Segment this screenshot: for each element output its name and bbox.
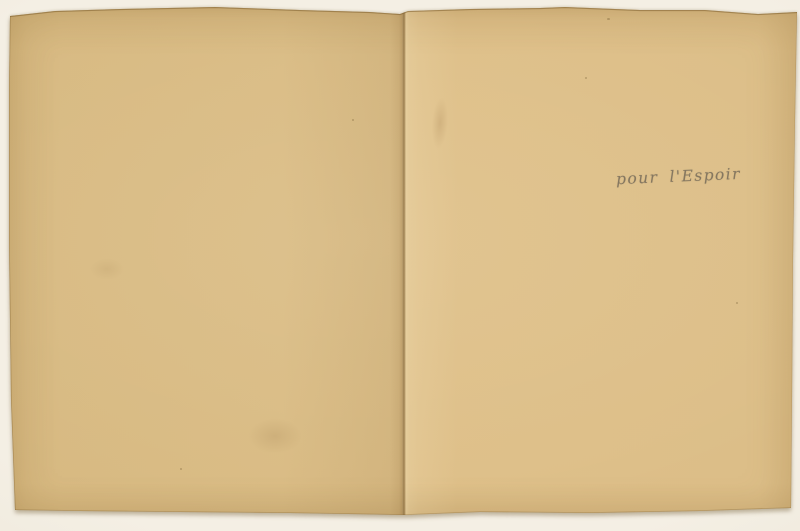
deckled-edge-outline: [0, 0, 800, 531]
paper-shadow: pour l'Espoir: [0, 0, 800, 531]
scan-background: pour l'Espoir: [0, 0, 800, 531]
folded-paper-sheet: pour l'Espoir: [0, 0, 800, 531]
left-edge-line: [9, 16, 15, 510]
top-edge-line: [10, 7, 797, 16]
bottom-edge-line: [15, 508, 791, 515]
right-edge-line: [791, 12, 797, 508]
